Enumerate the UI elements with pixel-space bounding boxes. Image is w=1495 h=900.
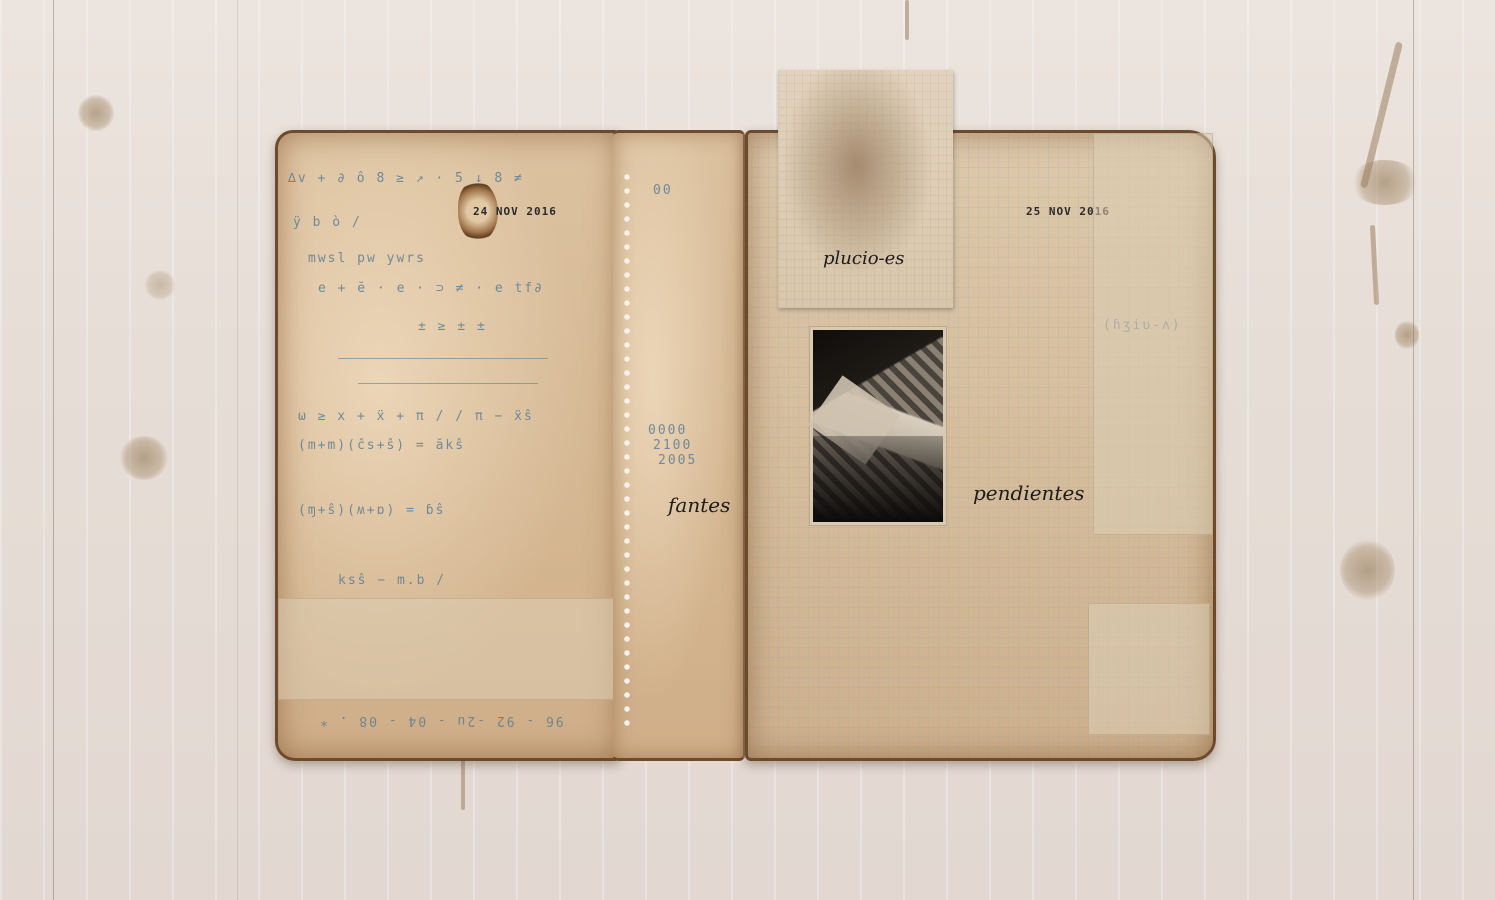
pencil-note: 2100 bbox=[653, 438, 692, 453]
pinned-note: plucio-es bbox=[778, 70, 953, 308]
date-stamp-left: 24 NOV 2016 bbox=[473, 205, 557, 218]
pencil-note: ksŝ − m.b / bbox=[338, 573, 446, 588]
stain bbox=[78, 95, 114, 131]
photo-shadow bbox=[813, 436, 943, 522]
stain bbox=[1395, 320, 1419, 350]
pencil-note: 00 bbox=[653, 183, 673, 198]
pencil-note: 0000 bbox=[648, 423, 687, 438]
drip bbox=[1370, 225, 1379, 305]
stain bbox=[120, 436, 168, 480]
pencil-note: ± ≥ ± ± bbox=[418, 319, 487, 334]
stain bbox=[1340, 540, 1395, 600]
handwritten-label-fantes: fantes bbox=[668, 493, 730, 517]
handwritten-label-pendientes: pendientes bbox=[973, 481, 1085, 505]
pencil-note: ω ≥ x + ẍ + π / / π − ẍŝ bbox=[298, 409, 534, 424]
pencil-note: 2005 bbox=[658, 453, 697, 468]
strike-line bbox=[358, 383, 538, 384]
tape-strip bbox=[1088, 603, 1210, 735]
wall-streak bbox=[1413, 0, 1414, 900]
pencil-note: ∆v + ∂ ô 8 ≥ ↗ · 5 ↓ 8 ≠ bbox=[288, 171, 524, 186]
handwritten-label-plucioes: plucio-es bbox=[823, 248, 905, 269]
tape-strip bbox=[278, 598, 615, 700]
bw-photo bbox=[810, 327, 946, 525]
pencil-note: ÿ b ò / bbox=[293, 215, 362, 230]
drip bbox=[905, 0, 909, 40]
spiral-holes bbox=[620, 170, 634, 730]
stain bbox=[145, 270, 175, 300]
wall-streak bbox=[237, 0, 238, 900]
pencil-note: (m+m)(ĉs+ŝ) = ăkŝ bbox=[298, 438, 465, 453]
strike-line bbox=[338, 358, 548, 359]
pencil-note: (ɱ+ŝ)(ʍ+ɒ) = ɓŝ bbox=[298, 503, 445, 518]
pencil-note: e + ĕ · e · ⊃ ≠ · e tf∂ bbox=[318, 281, 544, 296]
left-page: 24 NOV 2016 ∆v + ∂ ô 8 ≥ ↗ · 5 ↓ 8 ≠ ÿ b… bbox=[275, 130, 621, 761]
notebook: 24 NOV 2016 ∆v + ∂ ô 8 ≥ ↗ · 5 ↓ 8 ≠ ÿ b… bbox=[275, 130, 1215, 755]
wall-streak bbox=[53, 0, 54, 900]
pencil-note: mwsl pw ywrs bbox=[308, 251, 426, 266]
pencil-note: 96 - 92 -2u - 04 - 08 . * bbox=[318, 713, 564, 728]
tape-strip bbox=[1093, 133, 1213, 535]
